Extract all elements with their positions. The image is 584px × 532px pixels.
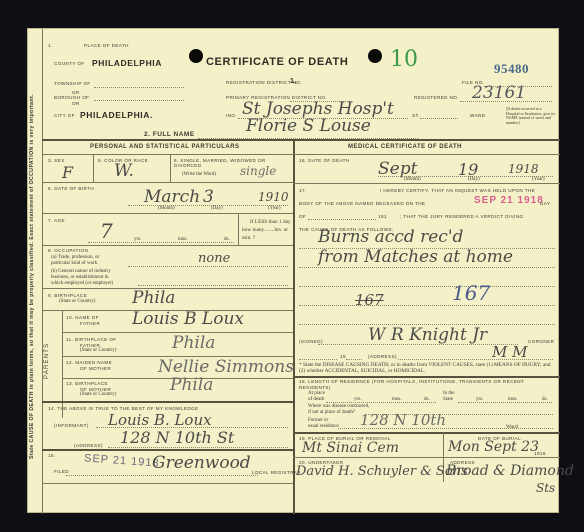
certify-text: I HEREBY CERTIFY, THAT AN INQUEST WAS HE… (380, 188, 535, 193)
body-text: BODY OF THE ABOVE NAMED DECEASED ON THE (299, 201, 425, 206)
color-value: W. (114, 161, 134, 181)
sex-value: F (62, 163, 73, 182)
dob-month: March (144, 187, 200, 207)
burial-year: 1918 (534, 451, 546, 456)
punch-hole-left (189, 49, 203, 63)
at-place: At place (308, 391, 325, 397)
parents-label: PARENTS (44, 343, 50, 379)
father-bp-hint: (State or Country) (80, 348, 116, 354)
occupation-b: (b) General nature of industry (51, 269, 111, 275)
less-hrs: how many........hrs. or (242, 227, 288, 233)
dod-day-caption: (Day) (468, 177, 480, 183)
occupation-label: 8. OCCUPATION (48, 248, 88, 253)
age-yrs: yrs. (134, 237, 141, 243)
residence-label: 18. LENGTH OF RESIDENCE (For Hospitals, … (299, 379, 557, 390)
signed-value: W R Knight Jr (368, 325, 487, 345)
age-label: 7. AGE (48, 218, 65, 223)
address-label: (Address) (74, 443, 103, 448)
mother-maiden-value: Nellie Simmons (158, 357, 294, 377)
filed-stamp: SEP 21 1918 (84, 452, 160, 469)
coroner-address-label: (Address) (368, 354, 397, 359)
cause-line-2: from Matches at home (318, 247, 513, 267)
usual-residence-value: 128 N 10th (360, 411, 446, 429)
reg-district-value: 1. (290, 78, 297, 85)
occupation-b2: business, or establishment in (51, 275, 109, 281)
res-ward-label: Ward (506, 424, 518, 430)
birthplace-value: Phila (132, 288, 175, 308)
res-yrs: yrs. (354, 397, 361, 403)
certificate-title: CERTIFICATE OF DEATH (206, 56, 348, 68)
certify-num: 17. (299, 188, 307, 193)
age-ds: ds. (224, 237, 230, 243)
father-bp-value: Phila (172, 333, 215, 353)
coroner-label: Coroner (528, 339, 554, 344)
margin-divider (42, 29, 43, 514)
handwritten-number: 10 (390, 47, 418, 72)
or-label: or (72, 101, 80, 106)
day-label: DAY (540, 201, 550, 206)
birthplace-hint: (State or Country) (59, 299, 95, 305)
dob-day: 3 (203, 187, 214, 207)
borough-label: Borough of (54, 95, 89, 100)
marital-value: single (240, 164, 276, 178)
place-of-death-num: 1. (48, 43, 53, 48)
undertaker-address-value-2: Sts (536, 481, 555, 495)
occupation-value: none (198, 251, 230, 266)
informant-label: (Informant) (54, 423, 89, 428)
age-mos: mos. (178, 237, 188, 243)
full-name-value: Florie S Louse (246, 116, 371, 136)
mother-bp-hint: (State or Country) (80, 392, 116, 398)
file-number-stamp: 95480 (494, 61, 529, 77)
year-prefix: 191 (378, 214, 387, 219)
age-value: 7 (100, 219, 113, 243)
personal-section-title: PERSONAL AND STATISTICAL PARTICULARS (90, 144, 240, 150)
hospital-note: [If death occurred in a Hospital or Inst… (506, 107, 556, 125)
undertaker-address-value: Broad & Diamond (446, 463, 574, 479)
inquest-stamp: SEP 21 1918 (474, 195, 544, 206)
full-name-label: 2. FULL NAME (144, 131, 195, 138)
township-label: Township of (54, 81, 91, 86)
father-name-label2: FATHER (80, 321, 100, 326)
dod-month-caption: (Month) (404, 177, 421, 183)
occupation-b3: which employed (or employer) (51, 281, 113, 287)
burial-date-value: Mon Sept 23 (448, 439, 539, 455)
dob-label: 6. DATE OF BIRTH (48, 186, 94, 191)
occupation-a: (a) Trade, profession, or (51, 255, 99, 261)
mother-bp-label: 13. BIRTHPLACE (66, 381, 108, 386)
res-ds: ds. (424, 397, 430, 403)
in-the: In the (443, 391, 455, 397)
usual-residence: usual residence (308, 424, 339, 430)
side-note: State CAUSE OF DEATH in plain terms, so … (29, 94, 35, 459)
punch-hole-right (368, 49, 382, 63)
father-bp-label: 11. BIRTHPLACE OF (66, 337, 117, 342)
place-of-death-label: PLACE OF DEATH (84, 43, 129, 48)
of-label: OF (299, 214, 306, 219)
if-not: if not at place of death? (308, 410, 355, 416)
cause-line-1: Burns accd rec'd (318, 227, 463, 247)
year-caption: (Year) (268, 206, 281, 212)
undertaker-value: David H. Schuyler & Sons (296, 464, 468, 479)
burial-place-value: Mt Sinai Cem (302, 440, 399, 456)
mother-bp-value: Phila (170, 375, 213, 395)
city-value: PHILADELPHIA. (80, 110, 153, 120)
occupation-a2: particular kind of work (51, 261, 97, 267)
death-certificate: State CAUSE OF DEATH in plain terms, so … (27, 28, 559, 513)
county-label: County of (54, 61, 85, 66)
registered-no-label: Registered No. (414, 95, 459, 100)
footnote: * State the DISEASE CAUSING DEATH; or in… (299, 363, 557, 375)
ino-label: Ino. (226, 113, 237, 118)
local-registrar-label: Local Registrar (252, 470, 301, 475)
dod-label: 16. DATE OF DEATH (299, 158, 350, 163)
st-label: St. (412, 113, 420, 118)
dod-year-caption: (Year) (532, 177, 545, 183)
blue-number: 167 (452, 281, 490, 305)
dod-year: 1918 (508, 162, 539, 176)
filed-num: 15. (48, 453, 56, 458)
less-min: min. ? (242, 235, 255, 241)
state-yrs: yrs. (476, 397, 483, 403)
ward-label: Ward (470, 113, 485, 118)
mother-maiden-label2: OF MOTHER (80, 366, 111, 371)
res-mos: mos. (392, 397, 402, 403)
city-label: City of (54, 113, 75, 118)
month-caption: (Month) (158, 206, 175, 212)
birthplace-label: 9. BIRTHPLACE (48, 293, 87, 298)
state-mos: mos. (508, 397, 518, 403)
dob-year: 1910 (258, 190, 289, 204)
marital-hint: (Write the Word) (182, 172, 216, 178)
registered-no-value: 23161 (472, 83, 526, 103)
mother-maiden-label: 12. MAIDEN NAME (66, 360, 112, 365)
state: State (443, 397, 453, 403)
registrar-signature: Greenwood (152, 453, 251, 473)
father-name-label: 10. NAME OF (66, 315, 99, 320)
crossed-number: 167 (355, 291, 384, 309)
of-death: of death (308, 397, 324, 403)
former-or: Former or (308, 418, 328, 424)
informant-address-value: 128 N 10th St (120, 428, 234, 447)
jury-text: ; THAT THE JURY RENDERED A VERDICT GIVIN… (400, 214, 524, 219)
filed-label: Filed (54, 469, 69, 474)
less-than-day: If LESS than 1 day (250, 219, 291, 225)
medical-section-title: MEDICAL CERTIFICATE OF DEATH (348, 144, 462, 150)
father-name-value: Louis B Loux (132, 309, 244, 329)
county-value: PHILADELPHIA (92, 58, 162, 68)
state-ds: ds. (542, 397, 548, 403)
where-contracted: Where was disease contracted, (308, 404, 369, 410)
day-caption: (Day) (211, 206, 223, 212)
